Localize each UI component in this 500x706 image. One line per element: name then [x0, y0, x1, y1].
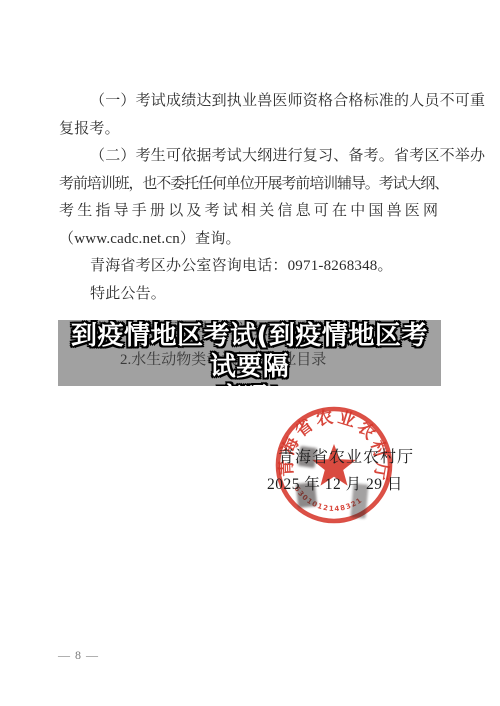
body-line: （二）考生可依据考试大纲进行复习、备考。省考区不举办 [59, 143, 442, 171]
body-line: 青海省考区办公室咨询电话：0971-8268348。 [59, 253, 442, 281]
body-line: 复报考。 [59, 116, 442, 144]
body-line: （一）考试成绩达到执业兽医师资格合格标准的人员不可重 [59, 88, 442, 116]
banner-headline: 到疫情地区考试(到疫情地区考试要隔 离吗) [58, 321, 441, 386]
body-line: 特此公告。 [59, 281, 442, 309]
scanned-document-page: （一）考试成绩达到执业兽医师资格合格标准的人员不可重 复报考。 （二）考生可依据… [0, 0, 500, 706]
document-body: （一）考试成绩达到执业兽医师资格合格标准的人员不可重 复报考。 （二）考生可依据… [59, 88, 442, 308]
issue-date: 2025 年 12 月 29 日 [267, 472, 403, 494]
body-line: （www.cadc.net.cn）查询。 [59, 226, 442, 254]
body-line: 考前培训班，也不委托任何单位开展考前培训辅导。考试大纲、 [59, 171, 442, 199]
banner-headline-line1: 到疫情地区考试(到疫情地区考试要隔 [58, 321, 441, 383]
page-number: — 8 — [58, 648, 99, 663]
overlay-banner: 附件：1.兽医全科类考试报考专业目录 2.水生动物类考试报考专业目录 到疫情地区… [58, 320, 441, 386]
banner-headline-line2: 离吗) [58, 383, 441, 386]
body-line: 考生指导手册以及考试相关信息可在中国兽医网 [59, 198, 442, 226]
issuer-name: 青海省农业农村厅 [278, 444, 414, 467]
